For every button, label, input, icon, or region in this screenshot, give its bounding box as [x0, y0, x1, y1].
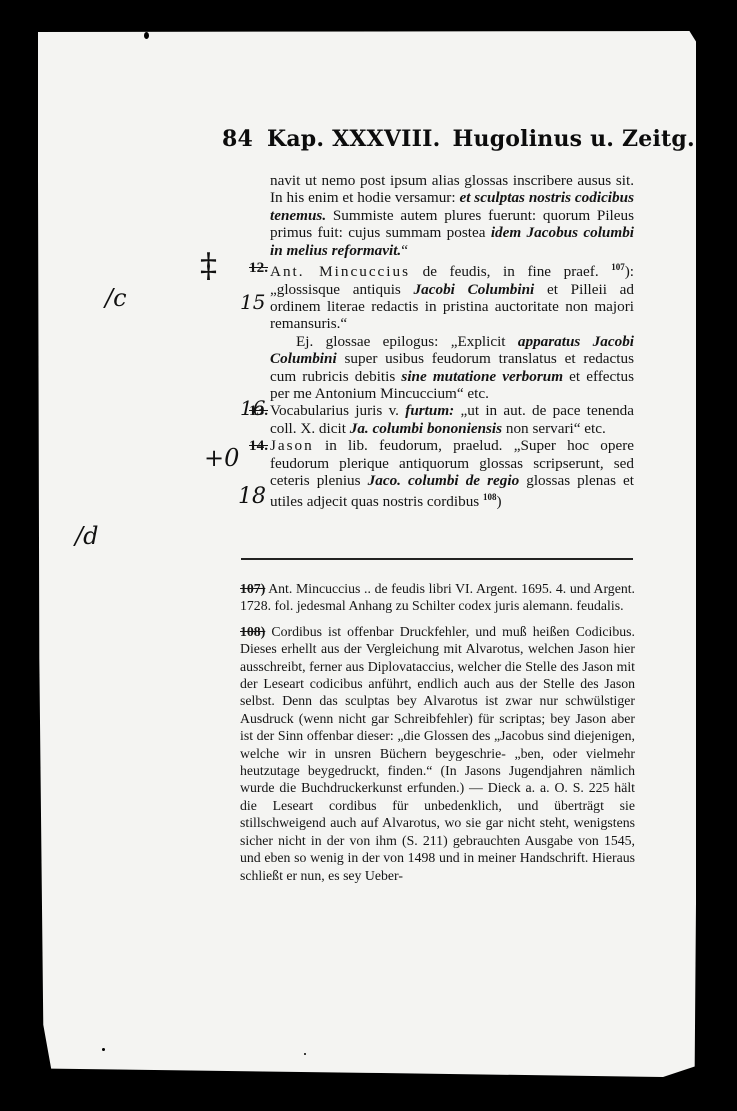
- author: Ant. Mincuccius: [270, 263, 410, 280]
- footnote-number: 108): [240, 624, 265, 639]
- chapter-label: Kap. XXXVIII.: [267, 126, 441, 152]
- author: Jason: [270, 437, 314, 454]
- entry-number: 12.: [244, 259, 268, 276]
- running-header: 84Kap. XXXVIII.Hugolinus u. Zeitg.: [222, 126, 622, 152]
- main-text: navit ut nemo post ipsum alias glossas i…: [270, 172, 634, 511]
- entry-number: 14.: [244, 437, 268, 454]
- footnotes: 107) Ant. Mincuccius .. de feudis libri …: [240, 580, 635, 892]
- entry-13: 13.Vocabularius juris v. furtum: „ut in …: [270, 402, 634, 437]
- ink-speck: [144, 32, 149, 39]
- ink-speck: [304, 1053, 306, 1055]
- entry-14: 14.Jason in lib. feudorum, praelud. „Sup…: [270, 437, 634, 511]
- footnote-number: 107): [240, 581, 265, 596]
- footnote-107: 107) Ant. Mincuccius .. de feudis libri …: [240, 580, 635, 615]
- epilogue-quote: Ej. glossae epilogus: „Explicit apparatu…: [270, 333, 634, 403]
- handwritten-margin-note: /d: [75, 522, 98, 550]
- chapter-title: Hugolinus u. Zeitg.: [453, 126, 695, 152]
- footnote-separator: [241, 558, 633, 560]
- footnote-ref[interactable]: 108: [483, 492, 497, 502]
- page-number: 84: [222, 126, 253, 152]
- paragraph-continuation: navit ut nemo post ipsum alias glossas i…: [270, 172, 634, 259]
- handwritten-margin-note: /c: [105, 284, 127, 312]
- handwritten-cross-mark: ‡: [200, 246, 217, 286]
- handwritten-number: +0: [204, 444, 239, 472]
- ink-speck: [102, 1048, 105, 1051]
- handwritten-number: 15: [240, 290, 265, 314]
- handwritten-number: 16: [240, 396, 265, 420]
- footnote-ref[interactable]: 107: [611, 262, 625, 272]
- entry-12: 12.Ant. Mincuccius de feudis, in fine pr…: [270, 259, 634, 333]
- footnote-108: 108) Cordibus ist offenbar Druckfehler, …: [240, 623, 635, 884]
- handwritten-number: 18: [238, 484, 266, 509]
